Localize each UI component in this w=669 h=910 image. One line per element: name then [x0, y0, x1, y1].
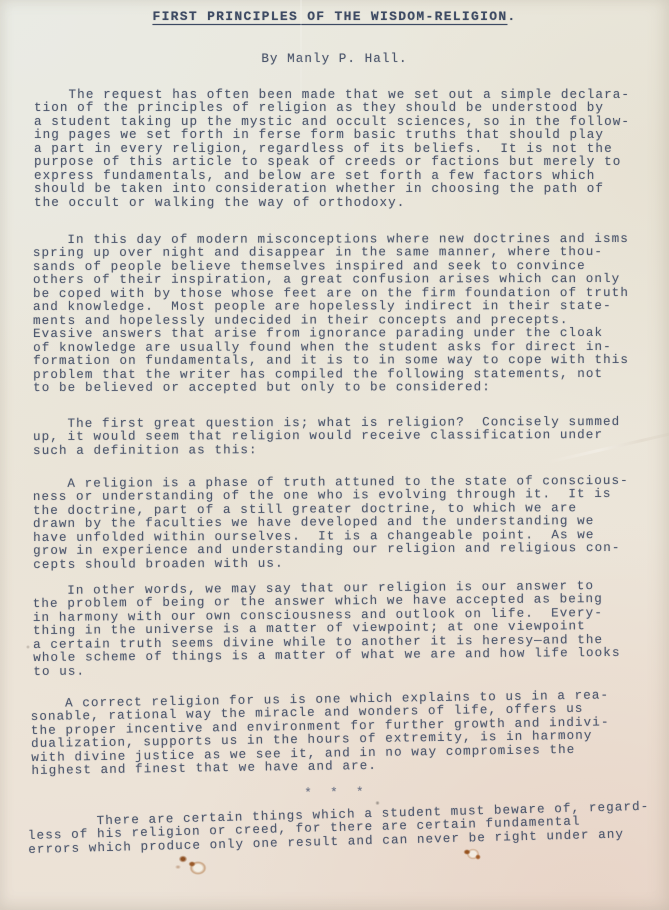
- rust-stain: [174, 852, 210, 876]
- paragraph-6: A correct religion for us is one which e…: [30, 689, 610, 778]
- paragraph-1: The request has often been made that we …: [34, 89, 630, 210]
- paragraph-3: The first great question is; what is rel…: [33, 416, 620, 458]
- rust-stain: [459, 844, 489, 866]
- paper-crease: [300, 0, 302, 130]
- paragraph-4: A religion is a phase of truth attuned t…: [33, 475, 629, 572]
- paragraph-2: In this day of modern misconceptions whe…: [33, 233, 629, 395]
- ink-speck: [375, 801, 380, 805]
- paragraph-5: In other words, we may say that our reli…: [33, 580, 621, 679]
- document-page: FIRST PRINCIPLES OF THE WISDOM-RELIGION.…: [0, 0, 669, 910]
- document-title-row: FIRST PRINCIPLES OF THE WISDOM-RELIGION.: [0, 9, 669, 24]
- paragraph-7: There are certain things which a student…: [27, 801, 650, 858]
- document-title: FIRST PRINCIPLES OF THE WISDOM-RELIGION: [152, 9, 507, 24]
- ink-speck: [26, 645, 30, 649]
- title-period: .: [507, 9, 516, 24]
- byline: By Manly P. Hall.: [0, 52, 669, 66]
